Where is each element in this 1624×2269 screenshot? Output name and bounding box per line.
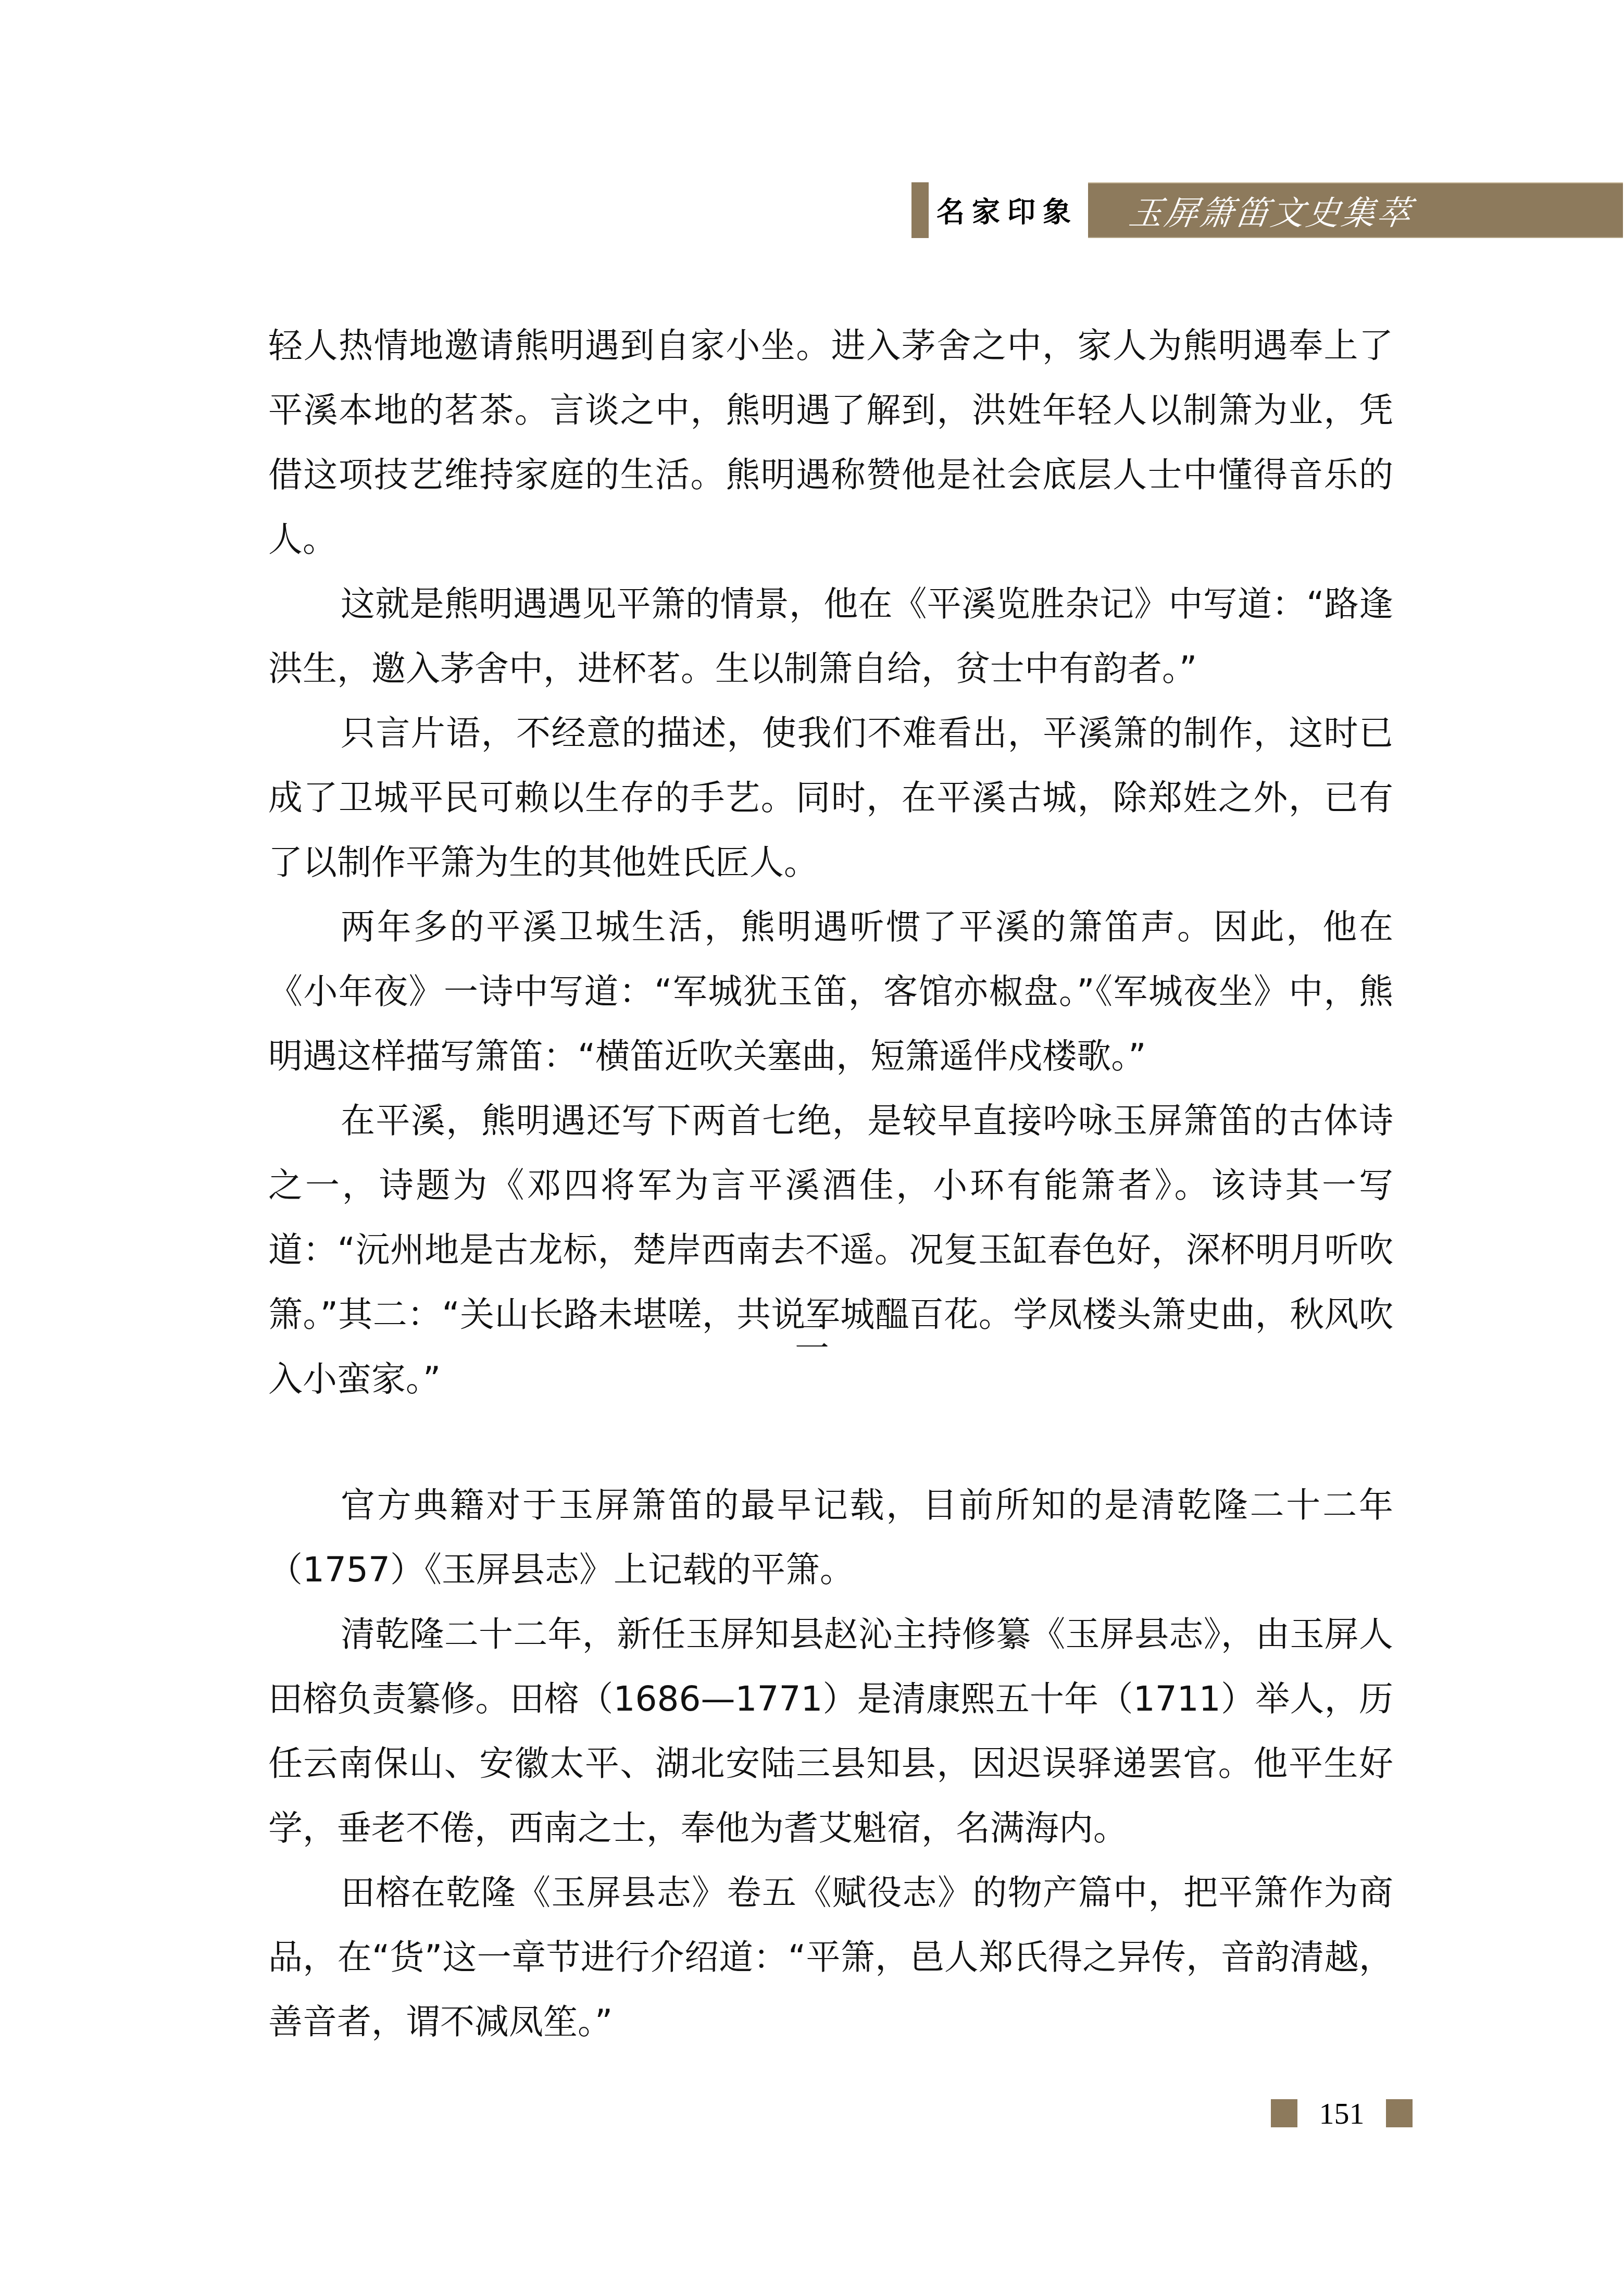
paragraph: 两年多的平溪卫城生活，熊明遇听惯了平溪的箫笛声。因此，他在《小年夜》一诗中写道：… xyxy=(268,895,1393,1089)
paragraph: 这就是熊明遇遇见平箫的情景，他在《平溪览胜杂记》中写道：“路逢洪生，邀入茅舍中，… xyxy=(268,572,1393,701)
paragraph: 清乾隆二十二年，新任玉屏知县赵沁主持修纂《玉屏县志》，由玉屏人田榕负责纂修。田榕… xyxy=(268,1602,1393,1861)
section-2-body: 官方典籍对于玉屏箫笛的最早记载，目前所知的是清乾隆二十二年（1757）《玉屏县志… xyxy=(268,1473,1393,2054)
header-accent-bar xyxy=(911,182,929,238)
paragraph: 只言片语，不经意的描述，使我们不难看出，平溪箫的制作，这时已成了卫城平民可赖以生… xyxy=(268,701,1393,895)
section-1-body: 轻人热情地邀请熊明遇到自家小坐。进入茅舍之中，家人为熊明遇奉上了平溪本地的茗茶。… xyxy=(268,314,1393,1412)
square-ornament-icon xyxy=(1271,2099,1297,2127)
paragraph: 轻人热情地邀请熊明遇到自家小坐。进入茅舍之中，家人为熊明遇奉上了平溪本地的茗茶。… xyxy=(268,314,1393,572)
paragraph: 官方典籍对于玉屏箫笛的最早记载，目前所知的是清乾隆二十二年（1757）《玉屏县志… xyxy=(268,1473,1393,1602)
page-number-footer: 151 xyxy=(1271,2099,1413,2127)
paragraph: 田榕在乾隆《玉屏县志》卷五《赋役志》的物产篇中，把平箫作为商品，在“货”这一章节… xyxy=(268,1861,1393,2054)
square-ornament-icon xyxy=(1386,2099,1413,2127)
page-number: 151 xyxy=(1297,2096,1386,2131)
header-banner: 玉屏箫笛文史集萃 xyxy=(1088,182,1623,238)
header-section-label: 名家印象 xyxy=(936,182,1088,238)
section-heading: 二 xyxy=(0,1305,1624,1369)
header-banner-title: 玉屏箫笛文史集萃 xyxy=(1127,190,1416,231)
